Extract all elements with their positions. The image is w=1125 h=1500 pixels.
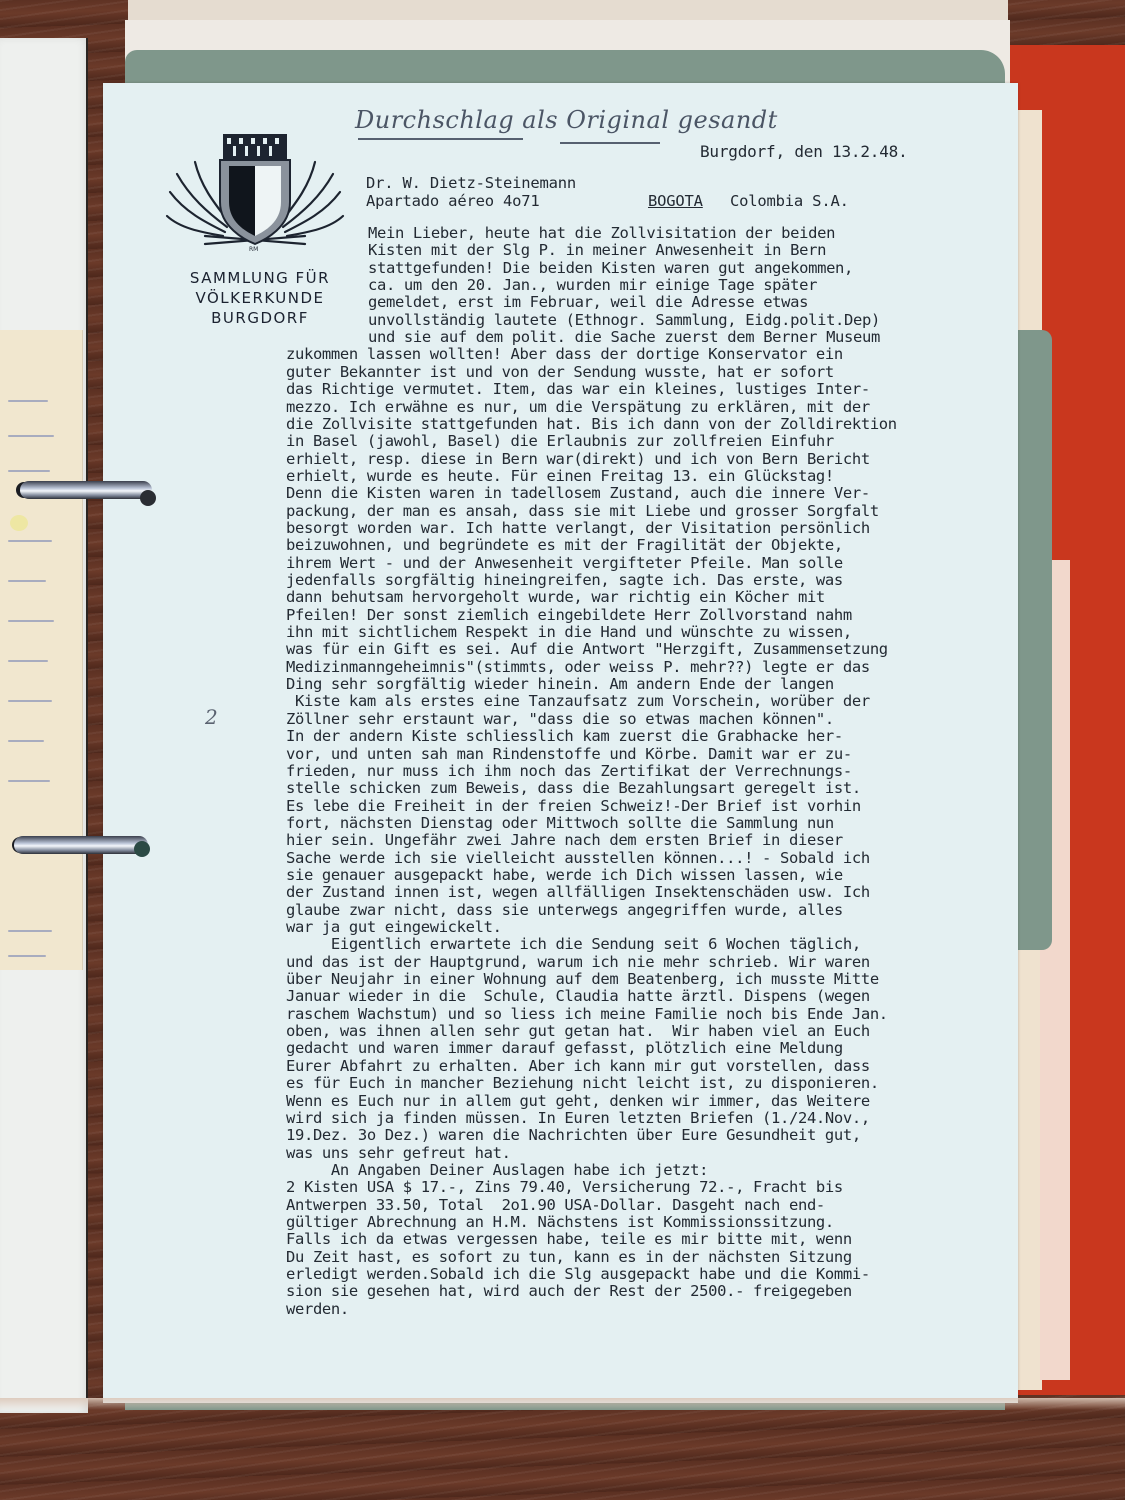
letter-line: oben, was ihnen allen sehr gut getan hat… xyxy=(286,1022,870,1040)
letter-line: die Zollvisite stattgefunden hat. Bis ic… xyxy=(286,415,897,433)
letter-line: besorgt worden war. Ich hatte verlangt, … xyxy=(286,519,870,537)
letter-line: erhielt, resp. diese in Bern war(direkt)… xyxy=(286,450,870,468)
letter-line: in Basel (jawohl, Basel) die Erlaubnis z… xyxy=(286,432,834,450)
letter-line: ca. um den 20. Jan., wurden mir einige T… xyxy=(368,276,817,294)
letter-line: Sache werde ich sie vielleicht ausstelle… xyxy=(286,849,870,867)
letter-line: es für Euch in mancher Beziehung nicht l… xyxy=(286,1074,879,1092)
letter-line: Es lebe die Freiheit in der freien Schwe… xyxy=(286,797,861,815)
letter-line: Medizinmanngeheimnis"(stimmts, oder weis… xyxy=(286,658,870,676)
org-line-3: BURGDORF xyxy=(160,308,360,328)
letter-line: Antwerpen 33.50, Total 2o1.90 USA-Dollar… xyxy=(286,1196,825,1214)
letter-line: werden. xyxy=(286,1300,349,1318)
letter-line: Wenn es Euch nur in allem gut geht, denk… xyxy=(286,1092,870,1110)
letter-line: und das ist der Hauptgrund, warum ich ni… xyxy=(286,953,870,971)
svg-text:RM: RM xyxy=(249,246,258,252)
letter-line: und sie auf dem polit. die Sache zuerst … xyxy=(368,328,880,346)
coat-of-arms-icon: RM xyxy=(165,132,345,252)
letter-line: Denn die Kisten waren in tadellosem Zust… xyxy=(286,484,870,502)
letter-line: erhielt, wurde es heute. Für einen Freit… xyxy=(286,467,834,485)
letter-line: Eurer Abfahrt zu erhalten. Aber ich kann… xyxy=(286,1057,870,1075)
date-line: Burgdorf, den 13.2.48. xyxy=(700,142,908,161)
letter-line: sion sie gesehen hat, wird auch der Rest… xyxy=(286,1282,852,1300)
letter-line: Pfeilen! Der sonst ziemlich eingebildete… xyxy=(286,606,852,624)
recipient-city: BOGOTA xyxy=(648,192,703,210)
letter-line: gültiger Abrechnung an H.M. Nächstens is… xyxy=(286,1213,834,1231)
letter-line: war ja gut eingewickelt. xyxy=(286,918,502,936)
letter-line: gedacht und waren immer darauf gefasst, … xyxy=(286,1039,843,1057)
letter-line: Mein Lieber, heute hat die Zollvisitatio… xyxy=(368,224,835,242)
binder-ring-top[interactable] xyxy=(20,481,152,499)
letter-line: Kiste kam als erstes eine Tanzaufsatz zu… xyxy=(286,692,870,710)
letter-line: wird sich ja finden müssen. In Euren let… xyxy=(286,1109,870,1127)
letter-line: dann behutsam hervorgeholt wurde, war ri… xyxy=(286,588,825,606)
letter-line: 2 Kisten USA $ 17.-, Zins 79.40, Versich… xyxy=(286,1178,843,1196)
letter-line: zukommen lassen wollten! Aber dass der d… xyxy=(286,345,843,363)
letter-line: Eigentlich erwartete ich die Sendung sei… xyxy=(286,935,861,953)
annotation-underline-2 xyxy=(560,142,660,144)
letter-line: mezzo. Ich erwähne es nur, um die Verspä… xyxy=(286,398,870,416)
letter-line: beizuwohnen, und begründete es mit der F… xyxy=(286,536,843,554)
letter-line: fort, nächsten Dienstag oder Mittwoch so… xyxy=(286,814,834,832)
letter-line: über Neujahr in einer Wohnung auf dem Be… xyxy=(286,970,879,988)
recipient-country: Colombia S.A. xyxy=(730,192,849,210)
letter-line: unvollständig lautete (Ethnogr. Sammlung… xyxy=(368,311,880,329)
letter-line: Kisten mit der Slg P. in meiner Anwesenh… xyxy=(368,241,826,259)
left-handwritten-note xyxy=(0,330,83,970)
recipient-name: Dr. W. Dietz-Steinemann xyxy=(366,174,576,192)
letter-line: Ding sehr sorgfältig wieder hinein. Am a… xyxy=(286,675,834,693)
org-line-1: SAMMLUNG FÜR xyxy=(160,268,360,288)
letter-line: raschem Wachstum) und so liess ich meine… xyxy=(286,1005,888,1023)
binder-ring-bottom[interactable] xyxy=(14,836,148,854)
letter-line: jedenfalls sorgfältig hineingreifen, sag… xyxy=(286,571,843,589)
letter-line: stelle schicken zum Beweis, dass die Bez… xyxy=(286,779,861,797)
letter-line: 19.Dez. 3o Dez.) waren die Nachrichten ü… xyxy=(286,1126,861,1144)
letter-line: Falls ich da etwas vergessen habe, teile… xyxy=(286,1230,852,1248)
letter-line: guter Bekannter ist und von der Sendung … xyxy=(286,363,834,381)
letter-line: An Angaben Deiner Auslagen habe ich jetz… xyxy=(286,1161,708,1179)
letter-line: packung, der man es ansah, dass sie mit … xyxy=(286,502,879,520)
letter-line: der Zustand innen ist, wegen allfälligen… xyxy=(286,883,870,901)
letter-line: was uns sehr gefreut hat. xyxy=(286,1144,511,1162)
margin-page-number: 2 xyxy=(205,705,218,729)
letter-line: Januar wieder in die Schule, Claudia hat… xyxy=(286,987,870,1005)
ring-hole-top-right xyxy=(140,490,156,506)
org-line-2: VÖLKERKUNDE xyxy=(160,288,360,308)
annotation-underline-1 xyxy=(358,138,523,140)
letter-line: das Richtige vermutet. Item, das war ein… xyxy=(286,380,870,398)
letter-line: vor, und unten sah man Rindenstoffe und … xyxy=(286,745,852,763)
letter-line: Du Zeit hast, es sofort zu tun, kann es … xyxy=(286,1248,852,1266)
handwritten-annotation: Durchschlag als Original gesandt xyxy=(355,106,778,134)
letter-line: stattgefunden! Die beiden Kisten waren g… xyxy=(368,259,853,277)
recipient-address: Apartado aéreo 4o71 xyxy=(366,192,540,210)
letter-line: In der andern Kiste schliesslich kam zue… xyxy=(286,727,843,745)
letter-line: was für ein Gift es sei. Auf die Antwort… xyxy=(286,640,888,658)
letter-line: ihrem Wert - und der Anwesenheit vergift… xyxy=(286,554,843,572)
yellow-sticker xyxy=(10,515,28,531)
ring-hole-bottom-right xyxy=(134,841,150,857)
paper-edge-shadow xyxy=(0,1398,1125,1410)
letter-line: hier sein. Ungefähr zwei Jahre nach dem … xyxy=(286,831,843,849)
binder-spine-edge xyxy=(86,38,88,1398)
organization-name: SAMMLUNG FÜR VÖLKERKUNDE BURGDORF xyxy=(160,268,360,328)
letter-line: Zöllner sehr erstaunt war, "dass die so … xyxy=(286,710,834,728)
letter-line: ihn mit sichtlichem Respekt in die Hand … xyxy=(286,623,852,641)
letter-line: sie genauer ausgepackt habe, werde ich D… xyxy=(286,866,843,884)
letter-line: erledigt werden.Sobald ich die Slg ausge… xyxy=(286,1265,870,1283)
letter-line: frieden, nur muss ich ihm noch das Zerti… xyxy=(286,762,852,780)
letter-line: glaube zwar nicht, dass sie unterwegs an… xyxy=(286,901,843,919)
letter-line: gemeldet, erst im Februar, weil die Adre… xyxy=(368,293,808,311)
